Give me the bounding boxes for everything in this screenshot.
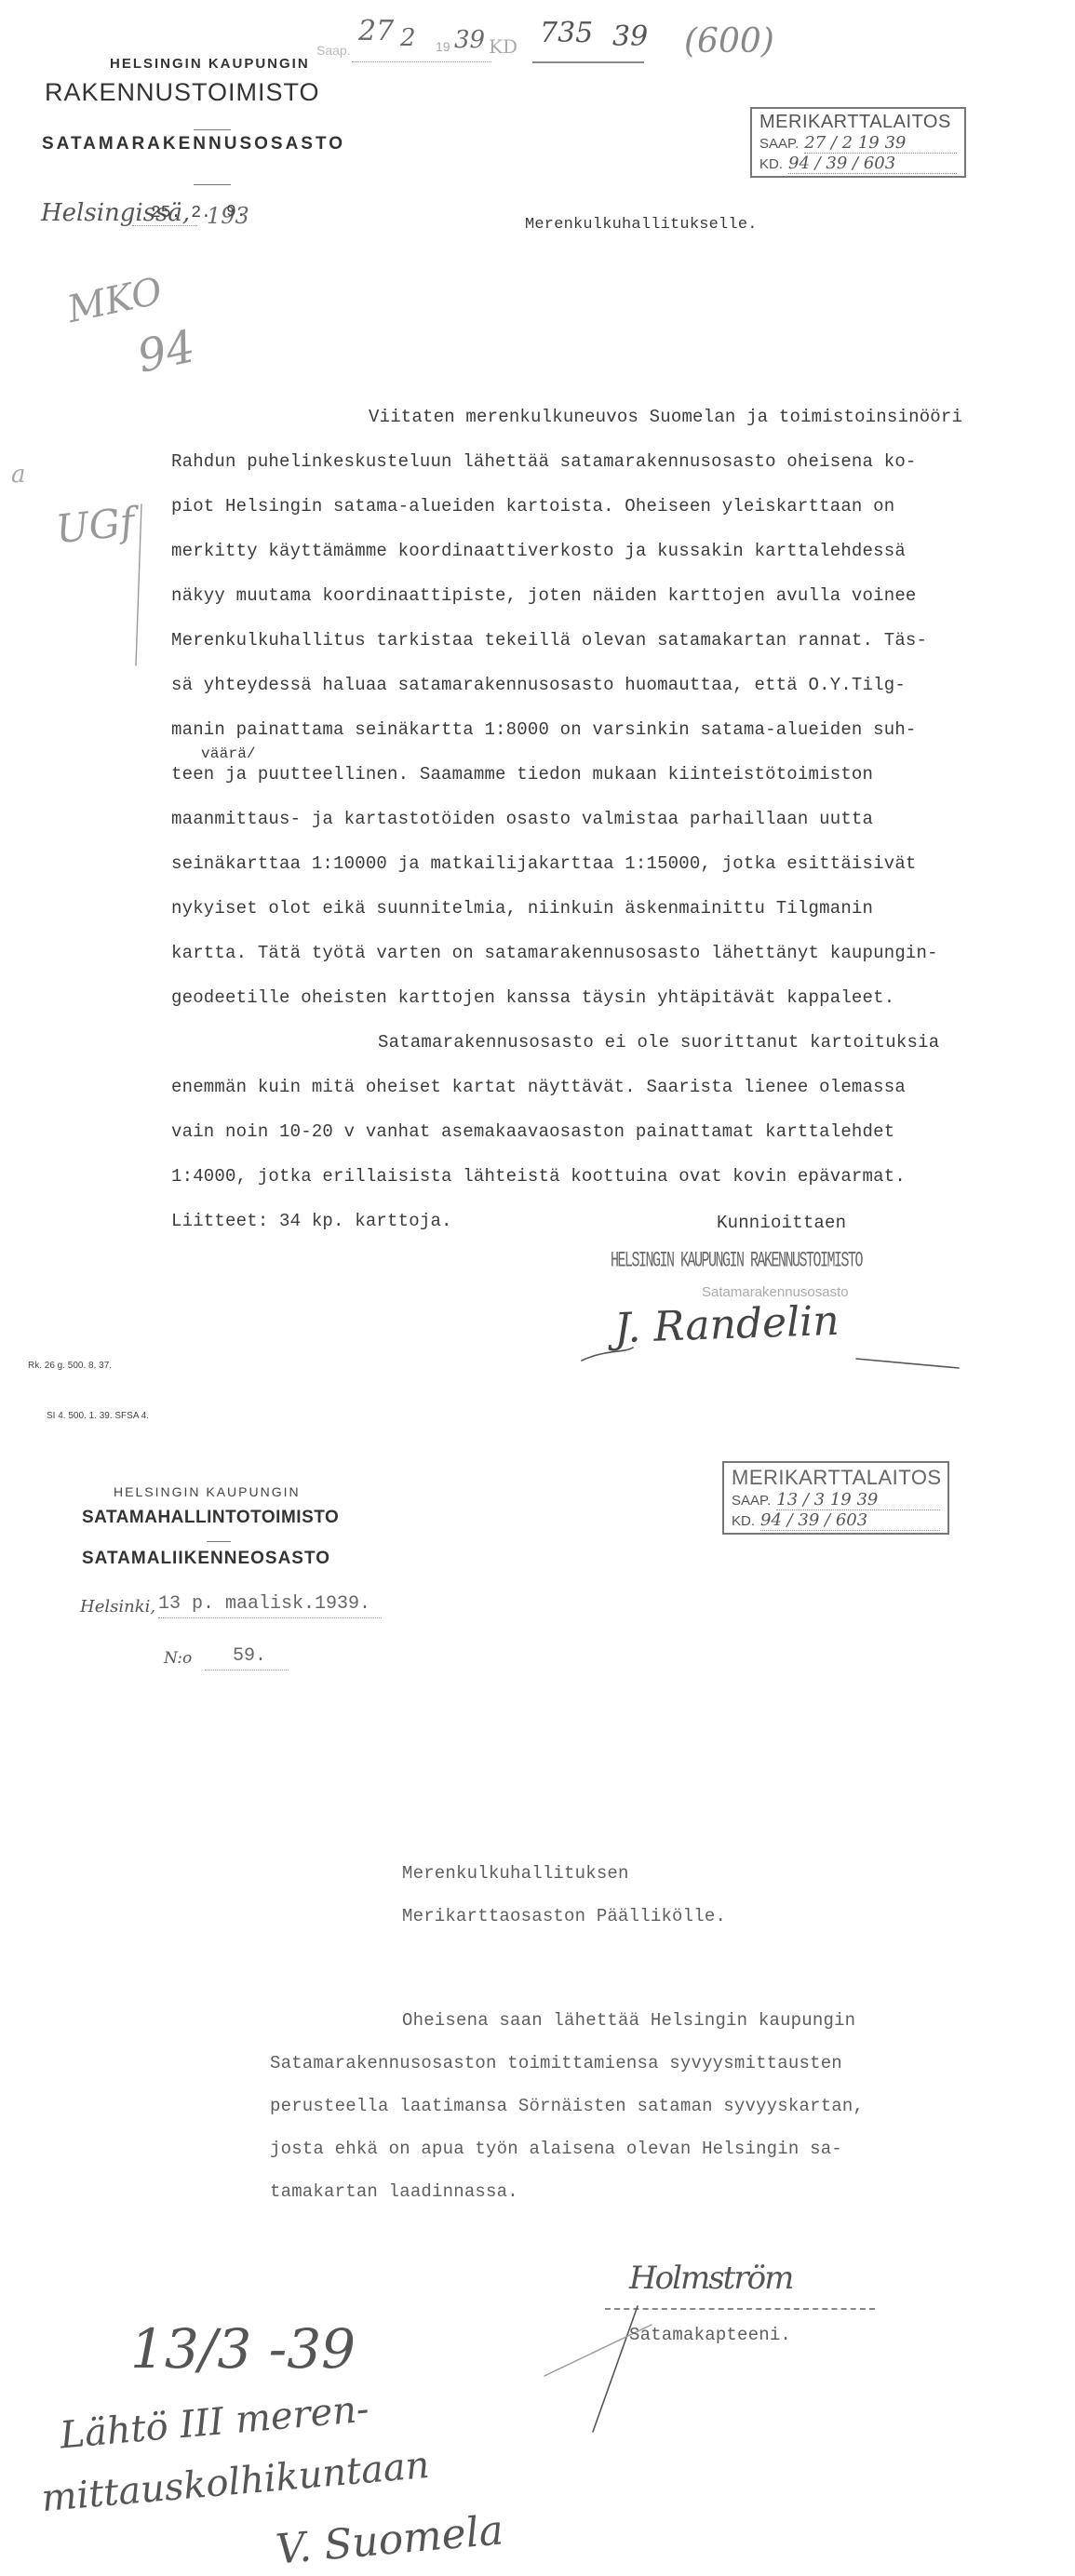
letterhead-divider — [194, 129, 231, 130]
letterhead-line1: HELSINGIN KAUPUNGIN — [110, 56, 310, 72]
receipt-bracket-note: (600) — [684, 22, 774, 60]
margin-stroke — [134, 503, 143, 670]
receipt-dotline — [352, 61, 491, 62]
receipt-prefix: Saap. — [316, 43, 351, 58]
stamp2-kd-value: 94 / 39 / 603 — [760, 1510, 940, 1531]
letterhead-line3: SATAMARAKENNUSOSASTO — [42, 134, 345, 154]
body-line: Rahdun puhelinkeskusteluun lähettää sata… — [171, 451, 917, 472]
receipt-year-suffix: 39 — [454, 26, 485, 54]
body2-line: Oheisena saan lähettää Helsingin kaupung… — [402, 2010, 855, 2031]
stamp2-saap-value: 13 / 3 19 39 — [776, 1490, 940, 1510]
date-typed: 25. 2. — [151, 204, 211, 222]
stamp2-kd-label: KD. — [732, 1513, 755, 1529]
recipient2-line2: Merikarttaosaston Päällikölle. — [402, 1906, 726, 1926]
body-line: Liitteet: 34 kp. karttoja. — [171, 1211, 452, 1231]
body-line: merkitty käyttämämme koordinaattiverkost… — [171, 541, 906, 561]
receipt-kd-label: KD — [489, 35, 517, 58]
stamp-title: MERIKARTTALAITOS — [759, 112, 957, 133]
form-code: Rk. 26 g. 500. 8. 37. — [28, 1361, 112, 1371]
receipt-stamp-2: MERIKARTTALAITOS SAAP. 13 / 3 19 39 KD. … — [722, 1461, 949, 1535]
place-date-line: Helsingissä, 25. 2. 193 9. — [41, 199, 413, 236]
handwritten-date: 13/3 -39 — [130, 2317, 356, 2381]
place-label-2: Helsinki, — [80, 1597, 155, 1617]
receipt-kd-underline — [532, 61, 644, 63]
body-line: 1:4000, jotka erillaisista lähteistä koo… — [171, 1166, 906, 1187]
body-line: Satamarakennusosasto ei ole suorittanut … — [378, 1032, 939, 1053]
date-typed-2: 13 p. maalisk.1939. — [158, 1593, 370, 1615]
stamp-saap-value: 27 / 2 19 39 — [804, 133, 957, 154]
stamp2-title: MERIKARTTALAITOS — [732, 1466, 940, 1490]
signature-2: Holmström — [629, 2260, 792, 2297]
date-dotline — [132, 225, 197, 226]
receipt-stamp: MERIKARTTALAITOS SAAP. 27 / 2 19 39 KD. … — [750, 107, 966, 178]
letterhead2-divider — [207, 1541, 231, 1542]
stamp-saap-row: SAAP. 27 / 2 19 39 — [759, 133, 957, 154]
place-date-line-2: Helsinki, 13 p. maalisk.1939. — [80, 1593, 415, 1627]
body2-line: perusteella laatimansa Sörnäisten satama… — [270, 2096, 864, 2116]
date-dotline-2 — [158, 1617, 382, 1618]
stamp2-saap-row: SAAP. 13 / 3 19 39 — [732, 1490, 940, 1510]
margin-note-mko: MKO — [63, 270, 166, 331]
closing: Kunnioittaen — [717, 1213, 846, 1233]
letterhead2-line1: HELSINGIN KAUPUNGIN — [114, 1484, 301, 1499]
body-line: geodeetille oheisten karttojen kanssa tä… — [171, 987, 894, 1008]
separator-form-code: SI 4. 500. 1. 39. SFSA 4. — [47, 1411, 149, 1421]
receipt-day: 27 — [358, 15, 394, 47]
stamp-kd-label: KD. — [759, 156, 783, 172]
interlinear-correction: väärä/ — [201, 745, 256, 762]
receipt-year-prefix: 19 — [436, 39, 450, 54]
body-line: kartta. Tätä työtä varten on satamaraken… — [171, 943, 938, 963]
letterhead-divider — [194, 184, 231, 185]
body-line: Merenkulkuhallitus tarkistaa tekeillä ol… — [171, 630, 927, 651]
body2-line: tamakartan laadinnassa. — [270, 2181, 518, 2202]
margin-note-number: 94 — [133, 320, 199, 382]
year-typed: 9. — [226, 203, 247, 221]
body-line: sä yhteydessä haluaa satamarakennusosast… — [171, 675, 906, 695]
handwritten-signature: V. Suomela — [274, 2506, 505, 2573]
body-line: enemmän kuin mitä oheiset kartat näyttäv… — [171, 1077, 906, 1097]
body-line: Viitaten merenkulkuneuvos Suomelan ja to… — [369, 407, 962, 427]
body-line: nykyiset olot eikä suunnitelmia, niinkui… — [171, 898, 873, 919]
receipt-note: Saap. 27 2 19 39 KD 735 39 (600) — [316, 9, 838, 112]
margin-note-initials: UGf — [54, 499, 137, 553]
number-label: N:o — [164, 1649, 192, 1668]
number-dotline — [205, 1670, 289, 1670]
letterhead-line2: RAKENNUSTOIMISTO — [45, 78, 320, 107]
body2-line: josta ehkä on apua työn alaisena olevan … — [270, 2139, 842, 2159]
body-line: vain noin 10-20 v vanhat asemakaavaosast… — [171, 1121, 894, 1142]
body-line: piot Helsingin satama-alueiden kartoista… — [171, 496, 894, 517]
signer-title: Satamakapteeni. — [629, 2325, 791, 2345]
handwritten-note-line1: Lähtö III meren- — [59, 2388, 371, 2458]
receipt-kd-year: 39 — [612, 20, 648, 53]
stamp-kd-row: KD. 94 / 39 / 603 — [759, 154, 957, 174]
recipient: Merenkulkuhallitukselle. — [525, 216, 758, 234]
letterhead2-line3: SATAMALIIKENNEOSASTO — [82, 1549, 330, 1569]
recipient2-line1: Merenkulkuhallituksen — [402, 1863, 629, 1884]
stamp-kd-value: 94 / 39 / 603 — [788, 154, 957, 174]
body-line: manin painattama seinäkartta 1:8000 on v… — [171, 719, 917, 740]
body2-line: Satamarakennusosaston toimittamiensa syv… — [270, 2053, 842, 2073]
signature-stamp-line1: HELSINGIN KAUPUNGIN RAKENNUSTOIMISTO — [611, 1249, 862, 1273]
stamp-saap-label: SAAP. — [759, 136, 799, 152]
letterhead2-line2: SATAMAHALLINTOTOIMISTO — [82, 1508, 339, 1528]
margin-note-a: a — [11, 461, 26, 489]
stamp2-saap-label: SAAP. — [732, 1493, 771, 1509]
number-line: N:o 59. — [164, 1645, 350, 1673]
receipt-kd-number: 735 — [540, 17, 593, 49]
number-value: 59. — [233, 1645, 266, 1667]
receipt-month: 2 — [400, 24, 416, 52]
body-line: seinäkarttaa 1:10000 ja matkailijakartta… — [171, 853, 917, 874]
body-line: näkyy muutama koordinaattipiste, joten n… — [171, 585, 917, 606]
stamp2-kd-row: KD. 94 / 39 / 603 — [732, 1510, 940, 1531]
body-line: teen ja puutteellinen. Saamamme tiedon m… — [171, 764, 873, 785]
body-line: maanmittaus- ja kartastotöiden osasto va… — [171, 809, 873, 829]
handwritten-note-line2: mittauskolhikuntaan — [40, 2444, 431, 2520]
signature-flourish — [577, 1322, 987, 1377]
